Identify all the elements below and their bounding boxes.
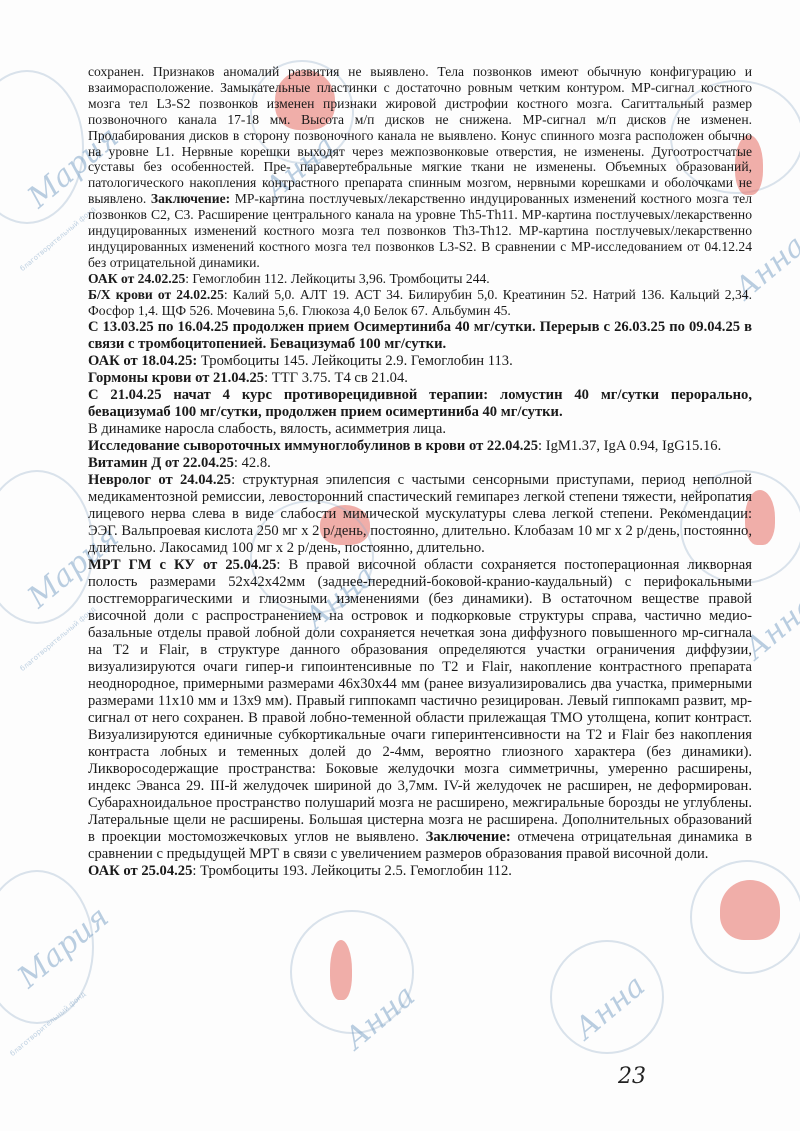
paragraph-neurologist: Невролог от 24.04.25: структурная эпилеп… <box>88 472 752 557</box>
paragraph-oak-18-04: ОАК от 18.04.25: Тромбоциты 145. Лейкоци… <box>88 353 752 370</box>
watermark-circle-icon <box>0 870 94 1024</box>
watermark-circle-icon <box>0 70 84 224</box>
bold-heading: МРТ ГМ с КУ от 25.04.25 <box>88 557 276 573</box>
watermark-circle-icon <box>290 910 414 1034</box>
paragraph-mri-spine-continued: сохранен. Признаков аномалий развития не… <box>88 64 752 271</box>
text-segment: : IgM1.37, IgA 0.94, IgG15.16. <box>538 438 721 454</box>
text-segment: : ТТГ 3.75. Т4 св 21.04. <box>264 370 408 386</box>
bold-heading: ОАК от 24.02.25 <box>88 271 185 286</box>
page-number: 23 <box>618 1064 646 1089</box>
paragraph-osimertinib-course: С 13.03.25 по 16.04.25 продолжен прием О… <box>88 319 752 353</box>
watermark-name: Анна <box>568 968 652 1046</box>
paragraph-vitamin-d: Витамин Д от 22.04.25: 42.8. <box>88 455 752 472</box>
paragraph-oak-24-02: ОАК от 24.02.25: Гемоглобин 112. Лейкоци… <box>88 271 752 287</box>
watermark-caption: благотворительный фонд <box>9 990 88 1058</box>
paragraph-hormones-21-04: Гормоны крови от 21.04.25: ТТГ 3.75. Т4 … <box>88 370 752 387</box>
text-segment: : Гемоглобин 112. Лейкоциты 3,96. Тромбо… <box>185 271 489 286</box>
text-segment: В динамике наросла слабость, вялость, ас… <box>88 421 446 437</box>
bold-heading: Исследование сывороточных иммуноглобулин… <box>88 438 538 454</box>
bold-heading: Витамин Д от 22.04.25 <box>88 455 234 471</box>
watermark-circle-icon <box>550 940 664 1054</box>
bold-heading: Гормоны крови от 21.04.25 <box>88 370 264 386</box>
text-segment: : В правой височной области сохраняется … <box>88 557 752 845</box>
document-page: Мария благотворительный фонд Анна Анна А… <box>0 0 800 1131</box>
watermark-center-bottom: Анна <box>270 900 470 1100</box>
watermark-circle-icon <box>0 470 94 624</box>
watermark-caption: благотворительный фонд <box>19 605 98 673</box>
watermark-name: Анна <box>338 978 422 1056</box>
bold-heading: С 13.03.25 по 16.04.25 продолжен прием О… <box>88 319 752 352</box>
watermark-name: Мария <box>11 900 115 996</box>
bold-heading: Заключение: <box>426 829 511 845</box>
text-segment: : 42.8. <box>234 455 271 471</box>
paragraph-bh-24-02: Б/Х крови от 24.02.25: Калий 5,0. АЛТ 19… <box>88 287 752 319</box>
bold-heading: Б/Х крови от 24.02.25 <box>88 287 224 302</box>
paragraph-dynamics: В динамике наросла слабость, вялость, ас… <box>88 421 752 438</box>
bold-heading: Заключение: <box>151 191 230 206</box>
paragraph-course-4: С 21.04.25 начат 4 курс противорецидивно… <box>88 387 752 421</box>
watermark-left-bottom: Мария благотворительный фонд <box>0 870 140 1090</box>
watermark-logo-icon <box>330 940 352 1000</box>
text-segment: сохранен. Признаков аномалий развития не… <box>88 64 752 206</box>
text-segment: : Тромбоциты 193. Лейкоциты 2.5. Гемогло… <box>192 863 512 879</box>
bold-heading: С 21.04.25 начат 4 курс противорецидивно… <box>88 387 752 420</box>
watermark-logo-icon <box>720 880 780 940</box>
paragraph-immunoglobulins: Исследование сывороточных иммуноглобулин… <box>88 438 752 455</box>
paragraph-oak-25-04: ОАК от 25.04.25: Тромбоциты 193. Лейкоци… <box>88 863 752 880</box>
paragraph-mri-brain: МРТ ГМ с КУ от 25.04.25: В правой височн… <box>88 557 752 863</box>
bold-heading: ОАК от 25.04.25 <box>88 863 192 879</box>
bold-heading: Невролог от 24.04.25 <box>88 472 231 488</box>
document-body: сохранен. Признаков аномалий развития не… <box>88 64 752 880</box>
watermark-caption: благотворительный фонд <box>19 205 98 273</box>
bold-heading: ОАК от 18.04.25: <box>88 353 197 369</box>
watermark-right-bottom: Анна <box>560 860 800 1131</box>
text-segment: Тромбоциты 145. Лейкоциты 2.9. Гемоглоби… <box>197 353 513 369</box>
